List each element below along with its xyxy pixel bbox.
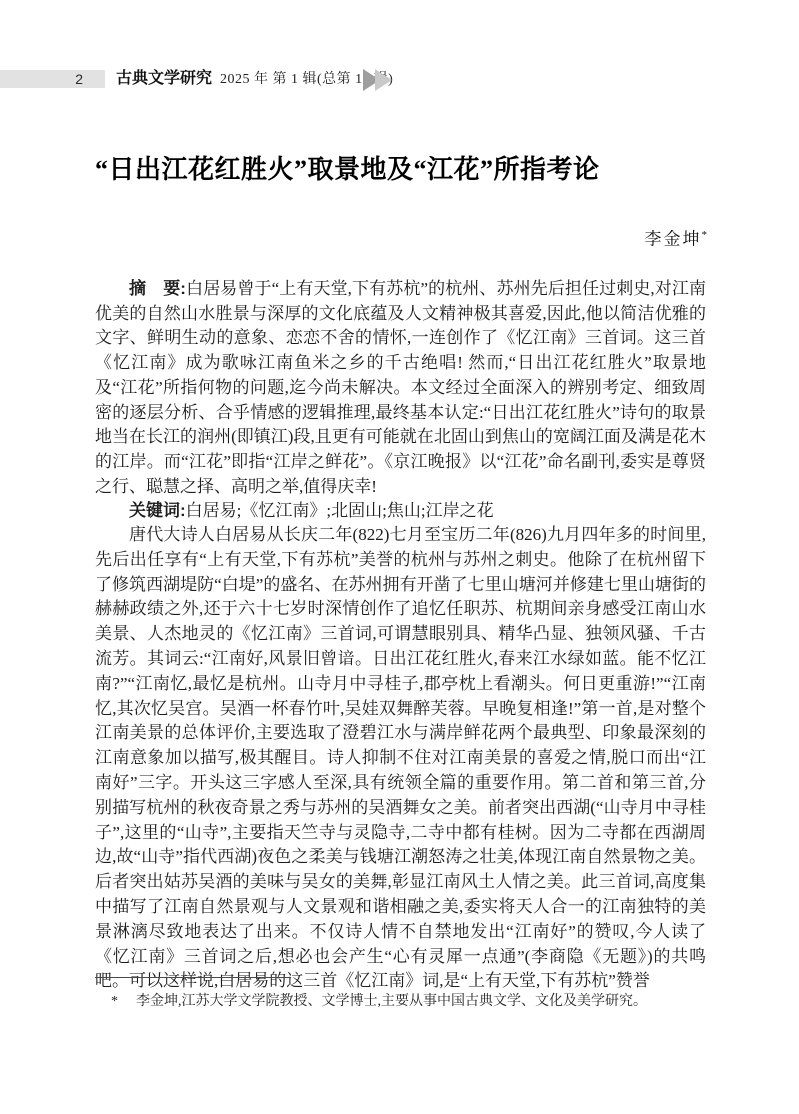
double-chevron-right-icon	[363, 69, 392, 91]
footnote-divider	[95, 977, 291, 978]
author-line: 李金坤*	[645, 224, 708, 251]
chevron-right-light-icon	[375, 69, 392, 91]
keywords-text: 白居易;《忆江南》;北固山;焦山;江岸之花	[186, 501, 494, 520]
body-paragraph: 唐代大诗人白居易从长庆二年(822)七月至宝历二年(826)九月四年多的时间里,…	[95, 523, 706, 994]
page-number: 2	[75, 71, 83, 87]
abstract-block: 摘 要:白居易曾于“上有天堂,下有苏杭”的杭州、苏州先后担任过刺史,对江南优美的…	[95, 277, 706, 524]
keywords-label: 关键词:	[129, 501, 186, 520]
article-title: “日出江花红胜火”取景地及“江花”所指考论	[95, 153, 715, 187]
footnote-text: 李金坤,江苏大学文学院教授、文学博士,主要从事中国古典文学、文化及美学研究。	[136, 994, 647, 1009]
abstract-paragraph: 摘 要:白居易曾于“上有天堂,下有苏杭”的杭州、苏州先后担任过刺史,对江南优美的…	[95, 277, 706, 499]
footnote: *李金坤,江苏大学文学院教授、文学博士,主要从事中国古典文学、文化及美学研究。	[95, 992, 706, 1012]
footnote-mark: *	[95, 992, 136, 1012]
journal-page: 2 古典文学研究 2025 年 第 1 辑(总第 11 辑) “日出江花红胜火”…	[0, 0, 799, 1114]
page-number-bar: 2	[0, 70, 105, 88]
author-footnote-mark: *	[702, 229, 708, 241]
abstract-label: 摘 要:	[129, 279, 186, 298]
abstract-text: 白居易曾于“上有天堂,下有苏杭”的杭州、苏州先后担任过刺史,对江南优美的自然山水…	[95, 279, 706, 496]
author-name: 李金坤	[645, 230, 702, 249]
article-body: 唐代大诗人白居易从长庆二年(822)七月至宝历二年(826)九月四年多的时间里,…	[95, 523, 706, 994]
keywords-line: 关键词:白居易;《忆江南》;北固山;焦山;江岸之花	[95, 499, 706, 524]
journal-name: 古典文学研究	[116, 69, 212, 89]
